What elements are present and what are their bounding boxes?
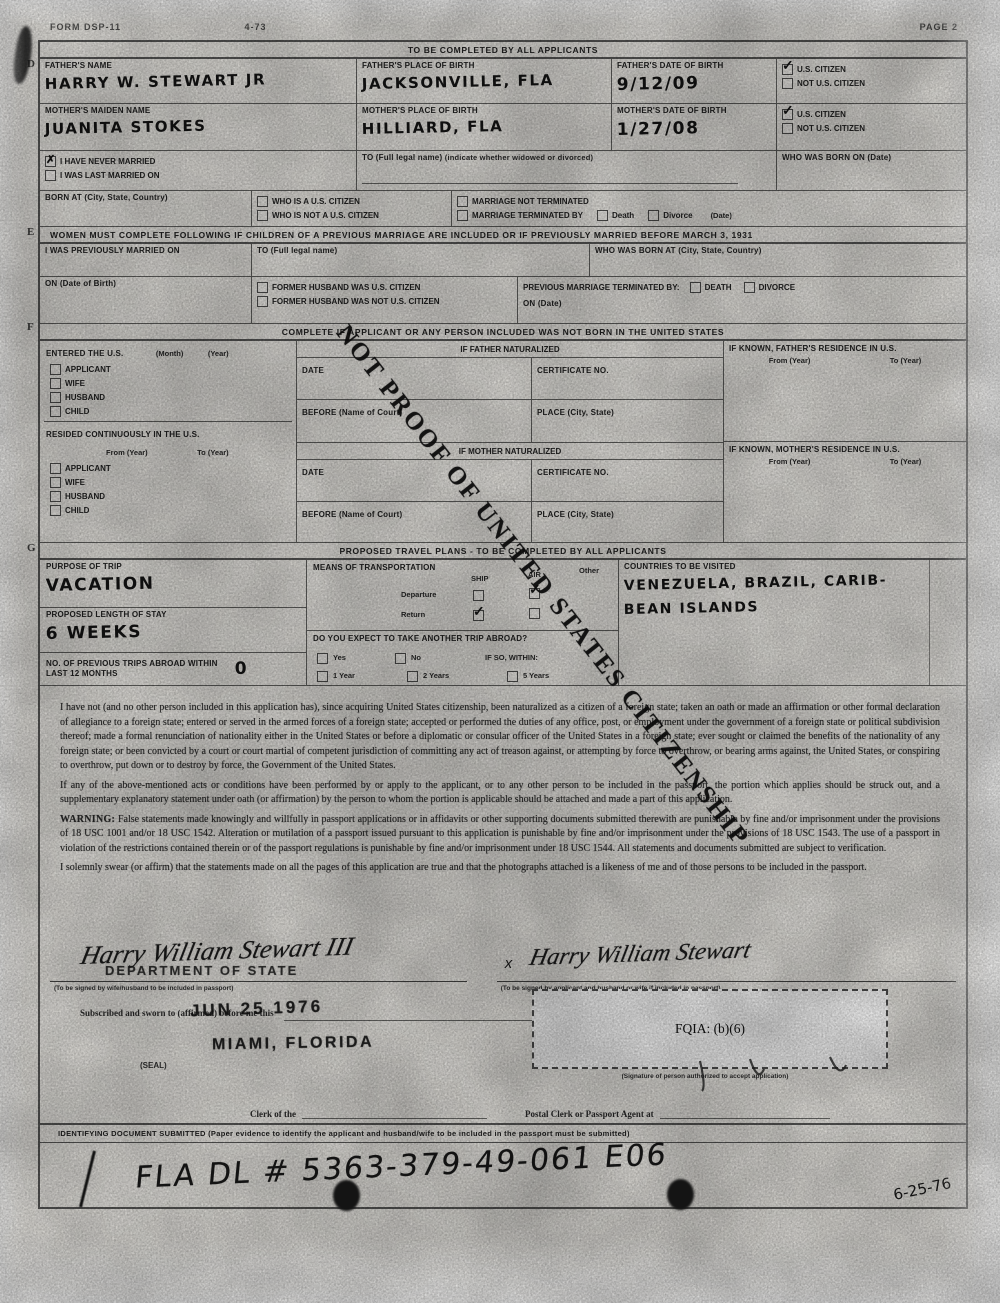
scan-artifact [11, 25, 35, 85]
never-married-option: I HAVE NEVER MARRIED [45, 156, 351, 167]
identifying-document-area: FLA DL # 5363-379-49-061 E06 [40, 1143, 966, 1207]
option-label: WHO IS NOT A U.S. CITIZEN [272, 211, 379, 220]
option-label: I WAS LAST MARRIED ON [60, 171, 160, 180]
marriage-not-terminated-option: MARRIAGE NOT TERMINATED [457, 196, 961, 207]
scanned-passport-application: FORM DSP-11 4-73 PAGE 2 D E F G TO BE CO… [0, 0, 1000, 1303]
place-field: PLACE (City, State) [532, 400, 723, 442]
travel-plans-body: PURPOSE OF TRIP VACATION PROPOSED LENGTH… [40, 560, 966, 686]
field-label: PLACE (City, State) [537, 408, 614, 417]
year-hint: (Year) [208, 349, 229, 358]
checkbox-divorce [744, 282, 755, 293]
checkbox [50, 406, 61, 417]
resided-child-option: CHILD [50, 505, 292, 516]
margin-letter-g: G [27, 542, 36, 554]
father-nat-court-row: BEFORE (Name of Court) PLACE (City, Stat… [297, 400, 723, 443]
warning-label: WARNING: [60, 814, 115, 825]
checkbox-no [395, 653, 406, 664]
on-date-of-birth-field: ON (Date of Birth) [40, 277, 252, 323]
prev-spouse-born-field: WHO WAS BORN AT (City, State, Country) [590, 244, 966, 276]
option-label: U.S. CITIZEN [797, 110, 846, 119]
option-label: APPLICANT [65, 464, 111, 473]
to-hint: To (Year) [890, 356, 922, 365]
field-label: TO (Full legal name) [257, 246, 584, 256]
spouse-born-at-row: BORN AT (City, State, Country) WHO IS A … [40, 191, 966, 227]
purpose-of-trip-field: PURPOSE OF TRIP VACATION [40, 560, 306, 608]
option-label: CHILD [65, 506, 89, 515]
checkbox [257, 196, 268, 207]
secondary-signature-block: DEPARTMENT OF STATE Harry William Stewar… [50, 939, 467, 995]
former-husband-not-citizen-option: FORMER HUSBAND WAS NOT U.S. CITIZEN [257, 296, 512, 307]
option-label: MARRIAGE TERMINATED BY [472, 211, 583, 220]
father-citizenship: U.S. CITIZEN NOT U.S. CITIZEN [777, 59, 966, 103]
field-label: CERTIFICATE NO. [537, 366, 609, 375]
from-hint: From (Year) [769, 457, 811, 466]
field-label: TO (Full legal name) (indicate whether w… [362, 153, 771, 163]
certificate-field: CERTIFICATE NO. [532, 460, 723, 501]
trip-column: PURPOSE OF TRIP VACATION PROPOSED LENGTH… [40, 560, 307, 685]
option-label: DIVORCE [759, 283, 795, 292]
to-label: TO (Full legal name) [362, 153, 442, 162]
option-label: FORMER HUSBAND WAS NOT U.S. CITIZEN [272, 297, 440, 306]
hole-punch [333, 1180, 360, 1211]
entered-us-column: ENTERED THE U.S. (Month) (Year) APPLICAN… [40, 341, 297, 542]
residence-column: IF KNOWN, FATHER'S RESIDENCE IN U.S. Fro… [724, 341, 966, 542]
on-date-hint: ON (Date) [523, 299, 961, 309]
checkbox-yes [317, 653, 328, 664]
widowed-note: (indicate whether widowed or divorced) [445, 153, 593, 162]
checkbox [50, 477, 61, 488]
option-label: CHILD [65, 407, 89, 416]
certificate-field: CERTIFICATE NO. [532, 358, 723, 399]
field-label: NO. OF PREVIOUS TRIPS ABROAD WITHIN LAST… [46, 659, 221, 679]
marital-status-row: I HAVE NEVER MARRIED I WAS LAST MARRIED … [40, 151, 966, 191]
entered-us-label: ENTERED THE U.S. (Month) (Year) [44, 341, 292, 361]
field-mothers-maiden-name: MOTHER'S MAIDEN NAME JUANITA STOKES [40, 104, 357, 150]
checkbox [50, 491, 61, 502]
field-label: MOTHER'S PLACE OF BIRTH [362, 106, 606, 116]
marriage-terminated-option: MARRIAGE TERMINATED BY Death Divorce (Da… [457, 210, 961, 221]
checkbox-departure-ship [473, 590, 484, 601]
identifying-text: IDENTIFYING DOCUMENT SUBMITTED (Paper ev… [58, 1129, 630, 1138]
x-mark: x [505, 955, 513, 972]
field-fathers-birthplace: FATHER'S PLACE OF BIRTH JACKSONVILLE, FL… [357, 59, 612, 103]
field-label: DATE [302, 366, 324, 375]
resided-label: RESIDED CONTINUOUSLY IN THE U.S. From (Y… [44, 421, 292, 460]
field-label: MEANS OF TRANSPORTATION [313, 563, 436, 573]
checkbox [50, 378, 61, 389]
field-mothers-birthplace: MOTHER'S PLACE OF BIRTH HILLIARD, FLA [357, 104, 612, 150]
field-label: ENTERED THE U.S. [46, 349, 123, 358]
blank-line [660, 1108, 830, 1119]
countries-field: COUNTRIES TO BE VISITED VENEZUELA, BRAZI… [619, 560, 966, 685]
form-meta: FORM DSP-11 4-73 PAGE 2 [50, 22, 958, 32]
option-label: WIFE [65, 379, 85, 388]
seal-label: (SEAL) [140, 1061, 167, 1070]
option-label: Death [612, 211, 634, 220]
no-label: No [411, 653, 421, 662]
option-label: U.S. CITIZEN [797, 65, 846, 74]
checkbox [457, 196, 468, 207]
place-stamp: MIAMI, FLORIDA [212, 1034, 374, 1055]
checkbox [257, 210, 268, 221]
father-residence-field: IF KNOWN, FATHER'S RESIDENCE IN U.S. Fro… [724, 341, 966, 442]
checkbox [50, 463, 61, 474]
handwritten-value: 9/12/09 [617, 72, 771, 95]
checkbox-1-year [317, 671, 328, 682]
field-label: PLACE (City, State) [537, 510, 614, 519]
checkbox-5-years [507, 671, 518, 682]
redaction-text: FQIA: (b)(6) [675, 1021, 745, 1037]
checkbox-2-years [407, 671, 418, 682]
handwritten-value: HARRY W. STEWART JR [45, 69, 351, 93]
month-hint: (Month) [156, 349, 183, 358]
handwritten-value: JACKSONVILLE, FLA [362, 70, 606, 93]
field-label: IF KNOWN, FATHER'S RESIDENCE IN U.S. [729, 344, 961, 354]
return-label: Return [401, 610, 425, 619]
handwritten-value: JUANITA STOKES [45, 114, 351, 138]
option-label: HUSBAND [65, 492, 105, 501]
signature-script: Harry William Stewart [527, 937, 753, 972]
sworn-block: Subscribed and sworn to (affirmed) befor… [40, 995, 966, 1095]
two-years-label: 2 Years [423, 671, 449, 680]
field-label: RESIDED CONTINUOUSLY IN THE U.S. [46, 430, 200, 439]
entered-husband-option: HUSBAND [50, 392, 292, 403]
field-label: IF KNOWN, MOTHER'S RESIDENCE IN U.S. [729, 445, 961, 455]
who-born-on-field: WHO WAS BORN ON (Date) [777, 151, 966, 190]
option-label: FORMER HUSBAND WAS U.S. CITIZEN [272, 283, 420, 292]
date-field: DATE [297, 358, 532, 399]
identifying-document-bar: IDENTIFYING DOCUMENT SUBMITTED (Paper ev… [40, 1123, 966, 1143]
checkbox [782, 123, 793, 134]
field-label: DATE [302, 468, 324, 477]
ship-header: SHIP [471, 574, 489, 583]
clerk-row: Clerk of the Postal Clerk or Passport Ag… [40, 1095, 966, 1123]
signature-row: DEPARTMENT OF STATE Harry William Stewar… [40, 939, 966, 995]
mother-naturalized-header: IF MOTHER NATURALIZED [297, 443, 723, 460]
field-fathers-name: FATHER'S NAME HARRY W. STEWART JR [40, 59, 357, 103]
field-label: FATHER'S DATE OF BIRTH [617, 61, 771, 71]
resided-applicant-option: APPLICANT [50, 463, 292, 474]
field-label: WHO WAS BORN ON (Date) [782, 153, 961, 163]
option-label: HUSBAND [65, 393, 105, 402]
mother-us-citizen-option: U.S. CITIZEN [782, 109, 961, 120]
checkbox [782, 78, 793, 89]
handwritten-drivers-license: FLA DL # 5363-379-49-061 E06 [134, 1137, 670, 1195]
from-hint: From (Year) [769, 356, 811, 365]
entered-applicant-option: APPLICANT [50, 364, 292, 375]
prev-married-on-field: I WAS PREVIOUSLY MARRIED ON [40, 244, 252, 276]
signature-line [497, 981, 956, 982]
field-label: WHO WAS BORN AT (City, State, Country) [595, 246, 961, 256]
legal-text-block: I have not (and no other person included… [40, 686, 966, 939]
checkbox [782, 109, 793, 120]
entered-wife-option: WIFE [50, 378, 292, 389]
checkbox [782, 64, 793, 75]
prev-married-to-field: TO (Full legal name) [252, 244, 590, 276]
resided-wife-option: WIFE [50, 477, 292, 488]
mother-row: MOTHER'S MAIDEN NAME JUANITA STOKES MOTH… [40, 104, 966, 151]
field-label: ON (Date of Birth) [45, 279, 246, 289]
last-married-option: I WAS LAST MARRIED ON [45, 170, 351, 181]
father-not-us-citizen-option: NOT U.S. CITIZEN [782, 78, 961, 89]
mother-nat-date-row: DATE CERTIFICATE NO. [297, 460, 723, 502]
checkbox [257, 282, 268, 293]
oath-paragraph-1: I have not (and no other person included… [60, 701, 940, 774]
field-label: MOTHER'S DATE OF BIRTH [617, 106, 771, 116]
prev-marriage-terminated: PREVIOUS MARRIAGE TERMINATED BY: DEATH D… [518, 277, 966, 323]
option-label: MARRIAGE NOT TERMINATED [472, 197, 589, 206]
blank-line [362, 173, 738, 184]
previously-married-row: I WAS PREVIOUSLY MARRIED ON TO (Full leg… [40, 244, 966, 277]
entered-child-option: CHILD [50, 406, 292, 417]
former-husband-citizen-option: FORMER HUSBAND WAS U.S. CITIZEN [257, 282, 512, 293]
date-hint: (Date) [711, 211, 732, 220]
checkbox [50, 364, 61, 375]
handwritten-value: 1/27/08 [617, 117, 771, 140]
to-hint: To (Year) [197, 448, 229, 457]
yes-label: Yes [333, 653, 346, 662]
former-husband-row: ON (Date of Birth) FORMER HUSBAND WAS U.… [40, 277, 966, 324]
option-label: NOT U.S. CITIZEN [797, 124, 865, 133]
born-at-field: BORN AT (City, State, Country) [40, 191, 252, 226]
handwritten-value: BEAN ISLANDS [624, 595, 961, 618]
handwritten-value: VACATION [46, 571, 300, 596]
banner-text: TO BE COMPLETED BY ALL APPLICANTS [408, 45, 598, 55]
oath-paragraph-2: If any of the above-mentioned acts or co… [60, 779, 940, 808]
option-label: NOT U.S. CITIZEN [797, 79, 865, 88]
checkbox [45, 156, 56, 167]
postal-clerk-label: Postal Clerk or Passport Agent at [525, 1109, 654, 1119]
mother-not-us-citizen-option: NOT U.S. CITIZEN [782, 123, 961, 134]
if-so-label: IF SO, WITHIN: [485, 653, 538, 662]
checkbox-divorce [648, 210, 659, 221]
other-header: Other [579, 566, 599, 575]
from-hint: From (Year) [106, 448, 148, 457]
five-years-label: 5 Years [523, 671, 549, 680]
option-label: WIFE [65, 478, 85, 487]
signature-caption: (To be signed by wife/husband to be incl… [54, 985, 467, 992]
field-label: I WAS PREVIOUSLY MARRIED ON [45, 246, 246, 256]
former-husband-citizenship: FORMER HUSBAND WAS U.S. CITIZEN FORMER H… [252, 277, 518, 323]
pen-scribble [680, 1053, 900, 1093]
to-hint: To (Year) [890, 457, 922, 466]
who-not-citizen-option: WHO IS NOT A U.S. CITIZEN [257, 210, 446, 221]
option-label: APPLICANT [65, 365, 111, 374]
section-e-banner: WOMEN MUST COMPLETE FOLLOWING IF CHILDRE… [40, 227, 966, 244]
form-number: FORM DSP-11 [50, 22, 121, 32]
father-us-citizen-option: U.S. CITIZEN [782, 64, 961, 75]
marital-status: I HAVE NEVER MARRIED I WAS LAST MARRIED … [40, 151, 357, 190]
handwritten-value: 6 WEEKS [46, 619, 300, 644]
application-form: TO BE COMPLETED BY ALL APPLICANTS FATHER… [38, 40, 968, 1209]
hole-punch [667, 1179, 694, 1210]
mother-residence-field: IF KNOWN, MOTHER'S RESIDENCE IN U.S. Fro… [724, 442, 966, 542]
departure-label: Departure [401, 590, 436, 599]
mother-citizenship: U.S. CITIZEN NOT U.S. CITIZEN [777, 104, 966, 150]
place-field: PLACE (City, State) [532, 502, 723, 542]
date-field: DATE [297, 460, 532, 501]
handwritten-value: VENEZUELA, BRAZIL, CARIB- [624, 571, 961, 594]
field-label: BEFORE (Name of Court) [302, 510, 402, 519]
applicant-signature-block: x Harry William Stewart (To be signed by… [497, 939, 956, 995]
who-is-citizen-option: WHO IS A U.S. CITIZEN [257, 196, 446, 207]
warning-text: False statements made knowingly and will… [60, 814, 940, 854]
spouse-citizenship: WHO IS A U.S. CITIZEN WHO IS NOT A U.S. … [252, 191, 452, 226]
length-of-stay-field: PROPOSED LENGTH OF STAY 6 WEEKS [40, 608, 306, 653]
checkbox [50, 505, 61, 516]
field-fathers-birthdate: FATHER'S DATE OF BIRTH 9/12/09 [612, 59, 777, 103]
marriage-termination: MARRIAGE NOT TERMINATED MARRIAGE TERMINA… [452, 191, 966, 226]
checkbox-return-air [529, 608, 540, 619]
checkbox [457, 210, 468, 221]
field-label: FATHER'S PLACE OF BIRTH [362, 61, 606, 71]
checkbox [50, 392, 61, 403]
married-to-field: TO (Full legal name) (indicate whether w… [357, 151, 777, 190]
warning-paragraph: WARNING: False statements made knowingly… [60, 813, 940, 857]
margin-letter-e: E [27, 226, 34, 238]
checkbox-death [690, 282, 701, 293]
checkbox-return-ship [473, 610, 484, 621]
field-label: CERTIFICATE NO. [537, 468, 609, 477]
option-label: WHO IS A U.S. CITIZEN [272, 197, 360, 206]
resided-husband-option: HUSBAND [50, 491, 292, 502]
option-label: I HAVE NEVER MARRIED [60, 157, 155, 166]
handwritten-value: 0 [235, 658, 249, 678]
clerk-of-label: Clerk of the [250, 1109, 296, 1119]
signature-line [50, 981, 467, 982]
option-label: Divorce [663, 211, 692, 220]
prev-terminated-options: PREVIOUS MARRIAGE TERMINATED BY: DEATH D… [523, 282, 961, 293]
checkbox [257, 296, 268, 307]
section-f-banner: COMPLETE IF APPLICANT OR ANY PERSON INCL… [40, 324, 966, 341]
solemnly-swear-paragraph: I solemnly swear (or affirm) that the st… [60, 861, 940, 876]
handwritten-value: HILLIARD, FLA [362, 115, 606, 138]
previous-trips-field: NO. OF PREVIOUS TRIPS ABROAD WITHIN LAST… [40, 653, 306, 684]
field-label: BORN AT (City, State, Country) [45, 193, 246, 203]
field-label: PREVIOUS MARRIAGE TERMINATED BY: [523, 283, 680, 292]
field-label: COUNTRIES TO BE VISITED [624, 562, 961, 572]
page-number: PAGE 2 [920, 22, 958, 32]
field-mothers-birthdate: MOTHER'S DATE OF BIRTH 1/27/08 [612, 104, 777, 150]
father-row: FATHER'S NAME HARRY W. STEWART JR FATHER… [40, 59, 966, 104]
one-year-label: 1 Year [333, 671, 355, 680]
form-edition: 4-73 [245, 22, 267, 32]
banner-text: WOMEN MUST COMPLETE FOLLOWING IF CHILDRE… [50, 230, 753, 240]
checkbox [45, 170, 56, 181]
section-banner-top: TO BE COMPLETED BY ALL APPLICANTS [40, 42, 966, 59]
margin-letter-f: F [27, 321, 34, 333]
option-label: DEATH [705, 283, 732, 292]
checkbox-death [597, 210, 608, 221]
blank-line [302, 1108, 487, 1119]
